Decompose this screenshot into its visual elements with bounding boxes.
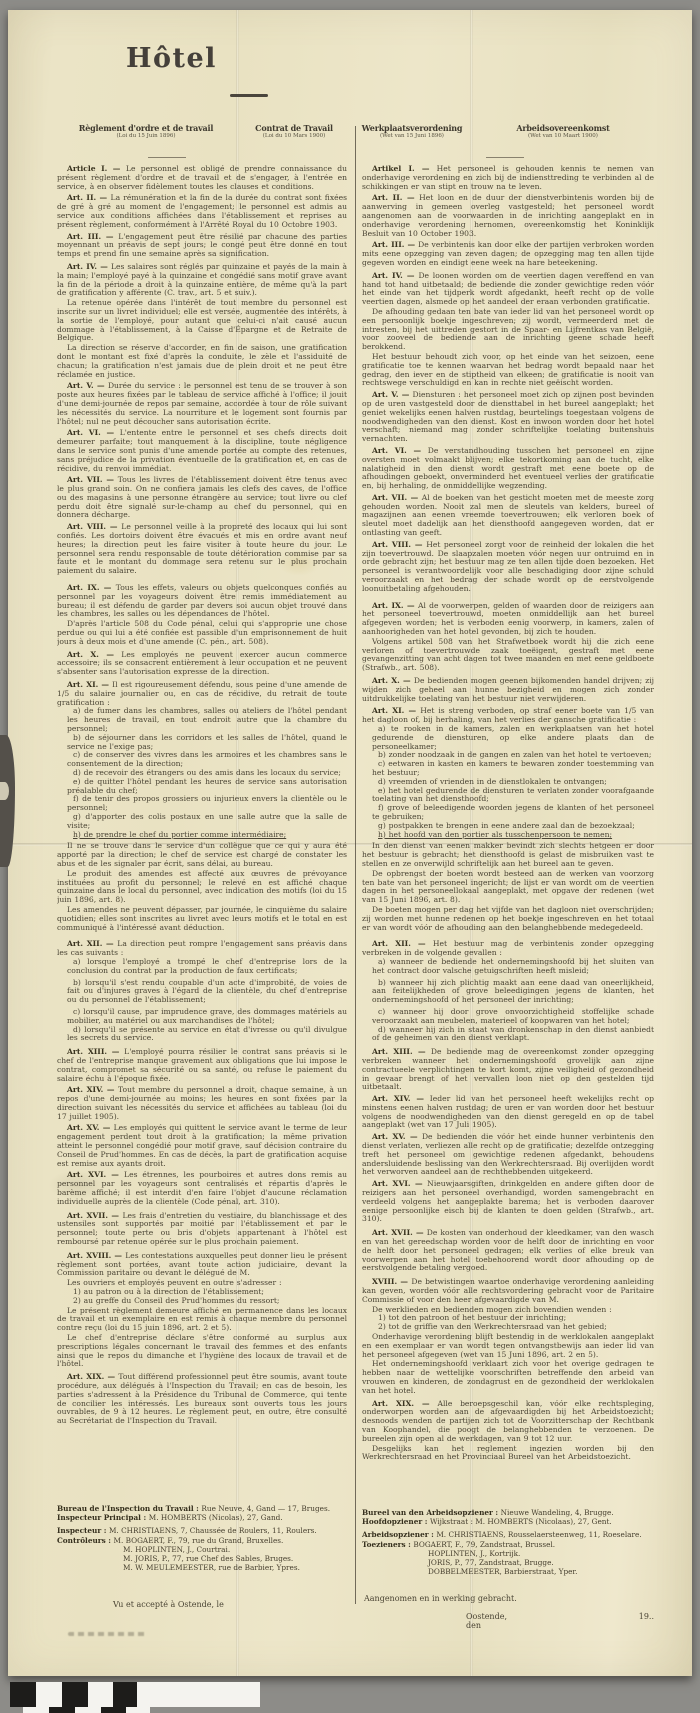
article-subitem: h) het hoofd van den portier als tussche… (372, 831, 654, 840)
address-line: Hoofdopziener : Wijkstraat : M. HOMBERTS… (362, 1517, 654, 1526)
address-role-label: Bureel van den Arbeidsopziener : (362, 1508, 501, 1517)
article-number: Art. VII. — (372, 493, 422, 502)
article-paragraph: Art. VII. — Tous les livres de l'établis… (57, 476, 347, 520)
scale-bar-row (10, 1682, 260, 1707)
article-number: Art. VIII. — (372, 540, 426, 549)
header-nl-regulation-subtitle: (Wet van 15 Juni 1896) (360, 133, 464, 140)
article-subitem: 2) au greffe du Conseil des Prud'hommes … (67, 1297, 347, 1306)
dutch-text-column: Artikel I. — Het personeel is gehouden k… (362, 162, 654, 1494)
body-paragraph: La retenue opérée dans l'intérêt de tout… (57, 299, 347, 343)
article-number: Article I. — (67, 164, 126, 173)
article-number: Art. XIV. — (372, 1094, 430, 1103)
photographic-scale-bar (10, 1682, 260, 1707)
article-paragraph: Art. IX. — Tous les effets, valeurs ou o… (57, 584, 347, 619)
article-subitem: g) d'apporter des colis postaux en une s… (67, 813, 347, 831)
document-title: Hôtel (126, 43, 217, 74)
article-paragraph: Art. II. — La rémunération et la fin de … (57, 194, 347, 229)
article-subitem: c) de conserver des vivres dans les armo… (67, 751, 347, 769)
article-number: Art. XVIII. — (67, 1251, 125, 1260)
article-number: Art. IV. — (372, 271, 418, 280)
article-number: Art. II. — (372, 193, 419, 202)
document-sheet: Hôtel Règlement d'ordre et de travail (L… (8, 10, 692, 1676)
article-subitem: a) te rooken in de kamers, zalen en werk… (372, 725, 654, 751)
scale-square-black (101, 1707, 126, 1713)
body-paragraph: Volgens artikel 508 van het Strafwetboek… (362, 638, 654, 673)
scale-square-white (88, 1682, 113, 1707)
body-paragraph: De opbrengst der boeten wordt besteed aa… (362, 870, 654, 905)
article-number: Art. VI. — (67, 428, 120, 437)
address-line: Bureau de l'Inspection du Travail : Rue … (57, 1504, 349, 1513)
article-paragraph: Art. XI. — Il est rigoureusement défendu… (57, 681, 347, 707)
article-paragraph: Art. VI. — De verstandhouding tusschen h… (362, 447, 654, 491)
address-role-label: Hoofdopziener : (362, 1517, 430, 1526)
article-subitem: a) wanneer de bediende het ondernemingsh… (372, 958, 654, 976)
article-paragraph: Art. XI. — Het is streng verboden, op st… (362, 707, 654, 725)
body-paragraph: Het bestuur behoudt zich voor, op het ei… (362, 353, 654, 388)
body-paragraph: In den dienst van eenen makker bevindt z… (362, 842, 654, 868)
article-paragraph: Art. XV. — Les employés qui quittent le … (57, 1124, 347, 1168)
date-city-prefix: Oostende, den (466, 1612, 521, 1630)
article-paragraph: Art. XIV. — Tout membre du personnel a d… (57, 1086, 347, 1121)
body-paragraph: Le chef d'entreprise déclare s'être conf… (57, 1334, 347, 1369)
scale-square-white (36, 1682, 62, 1707)
scan-photo: { "colors":{"background":"#8d8c88","pape… (0, 0, 700, 1713)
article-paragraph: Art. XII. — La direction peut rompre l'e… (57, 940, 347, 958)
article-paragraph: Art. XVII. — Les frais d'entretien du ve… (57, 1212, 347, 1247)
scale-square-white (126, 1707, 150, 1713)
article-number: Art. XIV. — (67, 1085, 118, 1094)
article-number: Art. XIX. — (67, 1372, 118, 1381)
article-number: Art. VI. — (372, 446, 428, 455)
french-acceptance-line: Vu et accepté à Ostende, le (113, 1600, 224, 1609)
article-number: Art. XIII. — (67, 1047, 124, 1056)
article-number: Art. III. — (67, 232, 118, 241)
dutch-closing-line: Aangenomen en in werking gebracht. (364, 1594, 517, 1603)
article-number: Art. XI. — (372, 706, 420, 715)
address-line: JORIS, P., 77, Zandstraat, Brugge. (428, 1558, 654, 1567)
article-number: Art. XV. — (67, 1123, 114, 1132)
header-fr-contract: Contrat de Travail (Loi du 10 Mars 1900) (238, 124, 350, 140)
article-subitem: d) wanneer hij zich in staat van dronken… (372, 1026, 654, 1044)
article-subitem: 2) tot de griffie van den Werkrechtersra… (372, 1323, 654, 1332)
scale-square-black (113, 1682, 137, 1707)
body-paragraph: Desgelijks kan het reglement ingezien wo… (362, 1445, 654, 1463)
article-number: Art. XIX. — (372, 1399, 438, 1408)
header-nl-regulation: Werkplaatsverordening (Wet van 15 Juni 1… (360, 124, 464, 140)
article-subitem: e) het hotel gedurende de diensturen te … (372, 787, 654, 805)
article-paragraph: Art. XVI. — Nieuwjaarsgiften, drinkgelde… (362, 1180, 654, 1224)
article-number: Art. VII. — (67, 475, 118, 484)
article-paragraph: Art. X. — De bedienden mogen geenen bijk… (362, 677, 654, 703)
article-paragraph: Art. V. — Durée du service : le personne… (57, 382, 347, 426)
article-number: Art. V. — (67, 381, 108, 390)
section-start-rule (148, 157, 186, 158)
header-fr-regulation: Règlement d'ordre et de travail (Loi du … (54, 124, 238, 140)
article-number: Art. XVI. — (372, 1179, 427, 1188)
body-paragraph: De afhouding gedaan ten bate van ieder l… (362, 308, 654, 352)
address-line: M. HOPLINTEN, J., Courtrai. (123, 1545, 349, 1554)
header-nl-contract-label: Arbeidsovereenkomst (488, 124, 638, 133)
address-role-label: Bureau de l'Inspection du Travail : (57, 1504, 201, 1513)
title-rule (230, 94, 268, 97)
article-paragraph: Art. XVI. — Les étrennes, les pourboires… (57, 1171, 347, 1206)
article-paragraph: Art. XVII. — De kosten van onderhoud der… (362, 1229, 654, 1273)
date-year-placeholder: 19.. (639, 1612, 654, 1630)
article-number: Art. XIII. — (372, 1047, 431, 1056)
address-role-label: Inspecteur : (57, 1526, 109, 1535)
address-line: HOPLINTEN, J., Kortrijk. (428, 1549, 654, 1558)
article-paragraph: Art. II. — Het loon en de duur der diens… (362, 194, 654, 238)
scale-square-black (49, 1707, 75, 1713)
article-number: Art. XVI. — (67, 1170, 124, 1179)
article-number: Art. XV. — (372, 1132, 422, 1141)
header-fr-contract-label: Contrat de Travail (238, 124, 350, 133)
article-paragraph: XVIII. — De betwistingen waartoe onderha… (362, 1278, 654, 1304)
address-line: Arbeidsopziener : M. CHRISTIAENS, Rousse… (362, 1530, 654, 1539)
address-line: M. JORIS, P., 77, rue Chef des Sables, B… (123, 1554, 349, 1563)
scale-square-white (75, 1707, 101, 1713)
article-subitem: e) de quitter l'hôtel pendant les heures… (67, 778, 347, 796)
article-paragraph: Art. XIX. — Tout différend professionnel… (57, 1373, 347, 1426)
torn-paper-chip (0, 782, 9, 800)
address-role-label: Contrôleurs : (57, 1536, 114, 1545)
french-inspection-addresses: Bureau de l'Inspection du Travail : Rue … (57, 1504, 349, 1572)
header-fr-regulation-label: Règlement d'ordre et de travail (54, 124, 238, 133)
article-paragraph: Art. XIV. — Ieder lid van het personeel … (362, 1095, 654, 1130)
article-paragraph: Art. XIII. — L'employé pourra résilier l… (57, 1048, 347, 1083)
address-line: M. W. MEULEMEESTER, rue de Barbier, Ypre… (123, 1563, 349, 1572)
article-paragraph: Art. VI. — L'entente entre le personnel … (57, 429, 347, 473)
article-number: Art. III. — (372, 240, 418, 249)
article-number: Art. XII. — (67, 939, 117, 948)
article-paragraph: Art. XV. — De bedienden die vóór het ein… (362, 1133, 654, 1177)
scale-square-white (23, 1707, 49, 1713)
article-paragraph: Art. IX. — Al de voorwerpen, gelden of w… (362, 602, 654, 637)
article-subitem: h) de prendre le chef du portier comme i… (67, 831, 347, 840)
article-subitem: b) wanneer hij zich plichtig maakt aan e… (372, 979, 654, 1005)
body-paragraph: La direction se réserve d'accorder, en f… (57, 344, 347, 379)
body-paragraph: Het ondernemingshoofd verklaart zich voo… (362, 1360, 654, 1395)
header-fr-contract-subtitle: (Loi du 10 Mars 1900) (238, 133, 350, 140)
article-subitem: c) lorsqu'il cause, par imprudence grave… (67, 1008, 347, 1026)
article-number: Artikel I. — (372, 164, 437, 173)
address-role-label: Arbeidsopziener : (362, 1530, 436, 1539)
address-line: Toezieners : BOGAERT, F., 79, Zandstraat… (362, 1540, 654, 1549)
scale-bar-row-2 (23, 1707, 150, 1713)
body-paragraph: Les amendes ne peuvent dépasser, par jou… (57, 906, 347, 932)
article-number: Art. XII. — (372, 939, 433, 948)
header-nl-contract: Arbeidsovereenkomst (Wet van 10 Maart 19… (488, 124, 638, 140)
article-paragraph: Art. XVIII. — Les contestations auxquell… (57, 1252, 347, 1278)
address-line: DOBBELMEESTER, Barbierstraat, Yper. (428, 1567, 654, 1576)
article-number: Art. V. — (372, 390, 413, 399)
article-subitem: d) lorsqu'il se présente au service en é… (67, 1026, 347, 1044)
article-subitem: c) wanneer hij door grove onvoorzichtigh… (372, 1008, 654, 1026)
article-subitem: f) de tenir des propos grossiers ou inju… (67, 795, 347, 813)
article-number: Art. XVII. — (67, 1211, 122, 1220)
dutch-inspection-addresses: Bureel van den Arbeidsopziener : Nieuwe … (362, 1508, 654, 1576)
article-paragraph: Art. V. — Diensturen : het personeel moe… (362, 391, 654, 444)
body-paragraph: Le produit des amendes est affecté aux œ… (57, 870, 347, 905)
article-number: Art. IV. — (67, 262, 111, 271)
scale-square-black (10, 1682, 36, 1707)
scale-square-black (62, 1682, 88, 1707)
article-subitem: a) de fumer dans les chambres, salles ou… (67, 707, 347, 733)
section-start-rule (486, 157, 524, 158)
address-line: Bureel van den Arbeidsopziener : Nieuwe … (362, 1508, 654, 1517)
body-paragraph: D'après l'article 508 du Code pénal, cel… (57, 620, 347, 646)
address-line: Inspecteur : M. CHRISTIAENS, 7, Chaussée… (57, 1526, 349, 1535)
article-number: Art. XI. — (67, 680, 112, 689)
header-fr-regulation-subtitle: (Loi du 15 Juin 1896) (54, 133, 238, 140)
article-subitem: a) lorsque l'employé a trompé le chef d'… (67, 958, 347, 976)
pencil-inscription (68, 1632, 148, 1636)
article-subitem: b) lorsqu'il s'est rendu coupable d'un a… (67, 979, 347, 1005)
article-number: Art. IX. — (372, 601, 418, 610)
column-divider-rule (355, 126, 356, 1604)
article-paragraph: Art. III. — De verbintenis kan door elke… (362, 241, 654, 267)
body-paragraph: Il ne se trouve dans le service d'un col… (57, 842, 347, 868)
dutch-date-line: Oostende, den 19.. (362, 1612, 654, 1630)
scale-white-bar (137, 1682, 260, 1707)
address-line: Inspecteur Principal : M. HOMBERTS (Nico… (57, 1513, 349, 1522)
article-subitem: f) grove of beleedigende woorden jegens … (372, 804, 654, 822)
body-paragraph: De boeten mogen per dag het vijfde van h… (362, 906, 654, 932)
article-paragraph: Art. VIII. — Le personnel veille à la pr… (57, 523, 347, 576)
body-paragraph: Le présent règlement demeure affiché en … (57, 1307, 347, 1333)
article-paragraph: Art. XIII. — De bediende mag de overeenk… (362, 1048, 654, 1092)
article-paragraph: Art. III. — L'engagement peut être résil… (57, 233, 347, 259)
article-number: Art. XVII. — (372, 1228, 427, 1237)
article-subitem: c) eetwaren in kasten en kamers te bewar… (372, 760, 654, 778)
body-paragraph: Onderhavige verordening blijft bestendig… (362, 1333, 654, 1359)
article-number: Art. X. — (67, 650, 121, 659)
header-nl-contract-subtitle: (Wet van 10 Maart 1900) (488, 133, 638, 140)
article-subitem: b) de séjourner dans les corridors et le… (67, 734, 347, 752)
article-paragraph: Art. IV. — De loonen worden om de veerti… (362, 272, 654, 307)
article-number: Art. X. — (372, 676, 414, 685)
article-paragraph: Artikel I. — Het personeel is gehouden k… (362, 165, 654, 191)
article-paragraph: Art. XII. — Het bestuur mag de verbinten… (362, 940, 654, 958)
article-number: Art. VIII. — (67, 522, 121, 531)
article-number: Art. IX. — (67, 583, 116, 592)
article-number: XVIII. — (372, 1277, 411, 1286)
article-number: Art. II. — (67, 193, 111, 202)
header-nl-regulation-label: Werkplaatsverordening (360, 124, 464, 133)
article-paragraph: Art. VII. — Al de boeken van het gestich… (362, 494, 654, 538)
french-text-column: Article I. — Le personnel est obligé de … (57, 162, 347, 1494)
article-paragraph: Art. IV. — Les salaires sont réglés par … (57, 263, 347, 298)
address-role-label: Inspecteur Principal : (57, 1513, 149, 1522)
address-role-label: Toezieners : (362, 1540, 413, 1549)
article-paragraph: Art. XIX. — Alle beroepsgeschil kan, vóó… (362, 1400, 654, 1444)
article-paragraph: Article I. — Le personnel est obligé de … (57, 165, 347, 191)
address-line: Contrôleurs : M. BOGAERT, F., 79, rue du… (57, 1536, 349, 1545)
article-paragraph: Art. VIII. — Het personeel zorgt voor de… (362, 541, 654, 594)
article-paragraph: Art. X. — Les employés ne peuvent exerce… (57, 651, 347, 677)
